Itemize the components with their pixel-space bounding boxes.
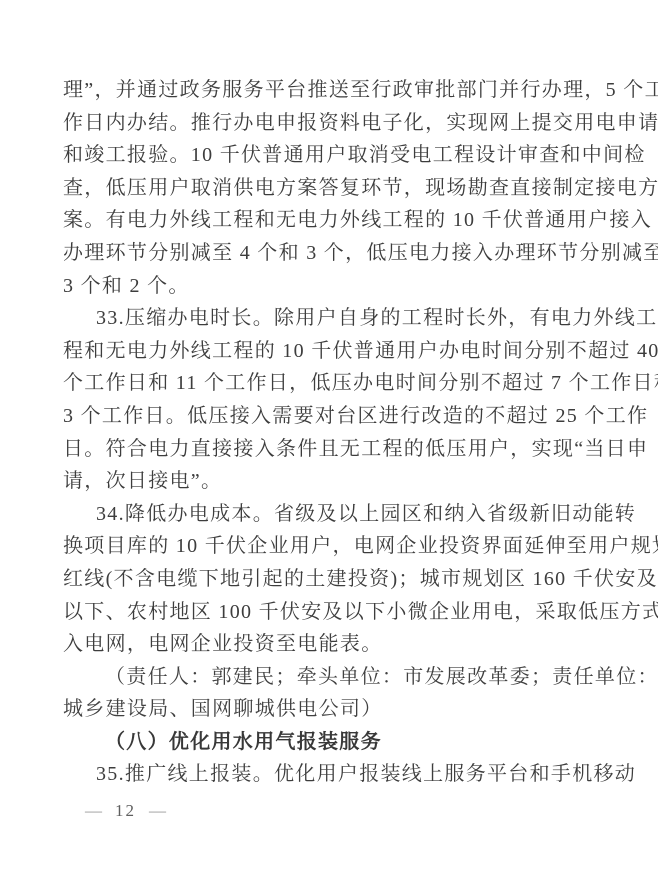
para-32-continuation-line-3: 和竣工报验。10 千伏普通用户取消受电工程设计审查和中间检	[63, 139, 599, 172]
para-33-compress-time-line-3: 个工作日和 11 个工作日，低压办电时间分别不超过 7 个工作日和	[63, 367, 599, 400]
footer-dash-right: —	[149, 801, 166, 821]
para-32-continuation-line-5: 案。有电力外线工程和无电力外线工程的 10 千伏普通用户接入	[63, 204, 599, 237]
para-34-reduce-cost-line-5: 入电网，电网企业投资至电能表。	[63, 628, 599, 661]
page-footer: — 12 —	[85, 801, 166, 821]
section-8-heading-line-1: （八）优化用水用气报装服务	[63, 726, 599, 759]
para-32-continuation-line-4: 查，低压用户取消供电方案答复环节，现场勘查直接制定接电方	[63, 172, 599, 205]
page-number: 12	[115, 801, 136, 821]
para-34-reduce-cost-line-2: 换项目库的 10 千伏企业用户，电网企业投资界面延伸至用户规划	[63, 530, 599, 563]
para-32-continuation-line-7: 3 个和 2 个。	[63, 270, 599, 303]
document-page: 理”，并通过政务服务平台推送至行政审批部门并行办理，5 个工作日内办结。推行办电…	[0, 0, 658, 883]
document-content: 理”，并通过政务服务平台推送至行政审批部门并行办理，5 个工作日内办结。推行办电…	[63, 74, 599, 791]
para-34-reduce-cost-line-3: 红线(不含电缆下地引起的土建投资)；城市规划区 160 千伏安及	[63, 563, 599, 596]
para-32-continuation-line-2: 作日内办结。推行办电申报资料电子化，实现网上提交用电申请	[63, 107, 599, 140]
para-34-reduce-cost-line-1: 34.降低办电成本。省级及以上园区和纳入省级新旧动能转	[63, 498, 599, 531]
para-33-compress-time-line-1: 33.压缩办电时长。除用户自身的工程时长外，有电力外线工	[63, 302, 599, 335]
para-33-compress-time-line-6: 请，次日接电”。	[63, 465, 599, 498]
responsibility-note-line-1: （责任人：郭建民；牵头单位：市发展改革委；责任单位：市住房	[63, 661, 599, 694]
responsibility-note-line-2: 城乡建设局、国网聊城供电公司）	[63, 693, 599, 726]
para-33-compress-time-line-5: 日。符合电力直接接入条件且无工程的低压用户，实现“当日申	[63, 433, 599, 466]
para-33-compress-time-line-2: 程和无电力外线工程的 10 千伏普通用户办电时间分别不超过 40	[63, 335, 599, 368]
para-33-compress-time-line-4: 3 个工作日。低压接入需要对台区进行改造的不超过 25 个工作	[63, 400, 599, 433]
para-32-continuation-line-1: 理”，并通过政务服务平台推送至行政审批部门并行办理，5 个工	[63, 74, 599, 107]
para-35-online-application-line-1: 35.推广线上报装。优化用户报装线上服务平台和手机移动	[63, 758, 599, 791]
para-32-continuation-line-6: 办理环节分别减至 4 个和 3 个，低压电力接入办理环节分别减至	[63, 237, 599, 270]
para-34-reduce-cost-line-4: 以下、农村地区 100 千伏安及以下小微企业用电，采取低压方式接	[63, 596, 599, 629]
footer-dash-left: —	[85, 801, 102, 821]
